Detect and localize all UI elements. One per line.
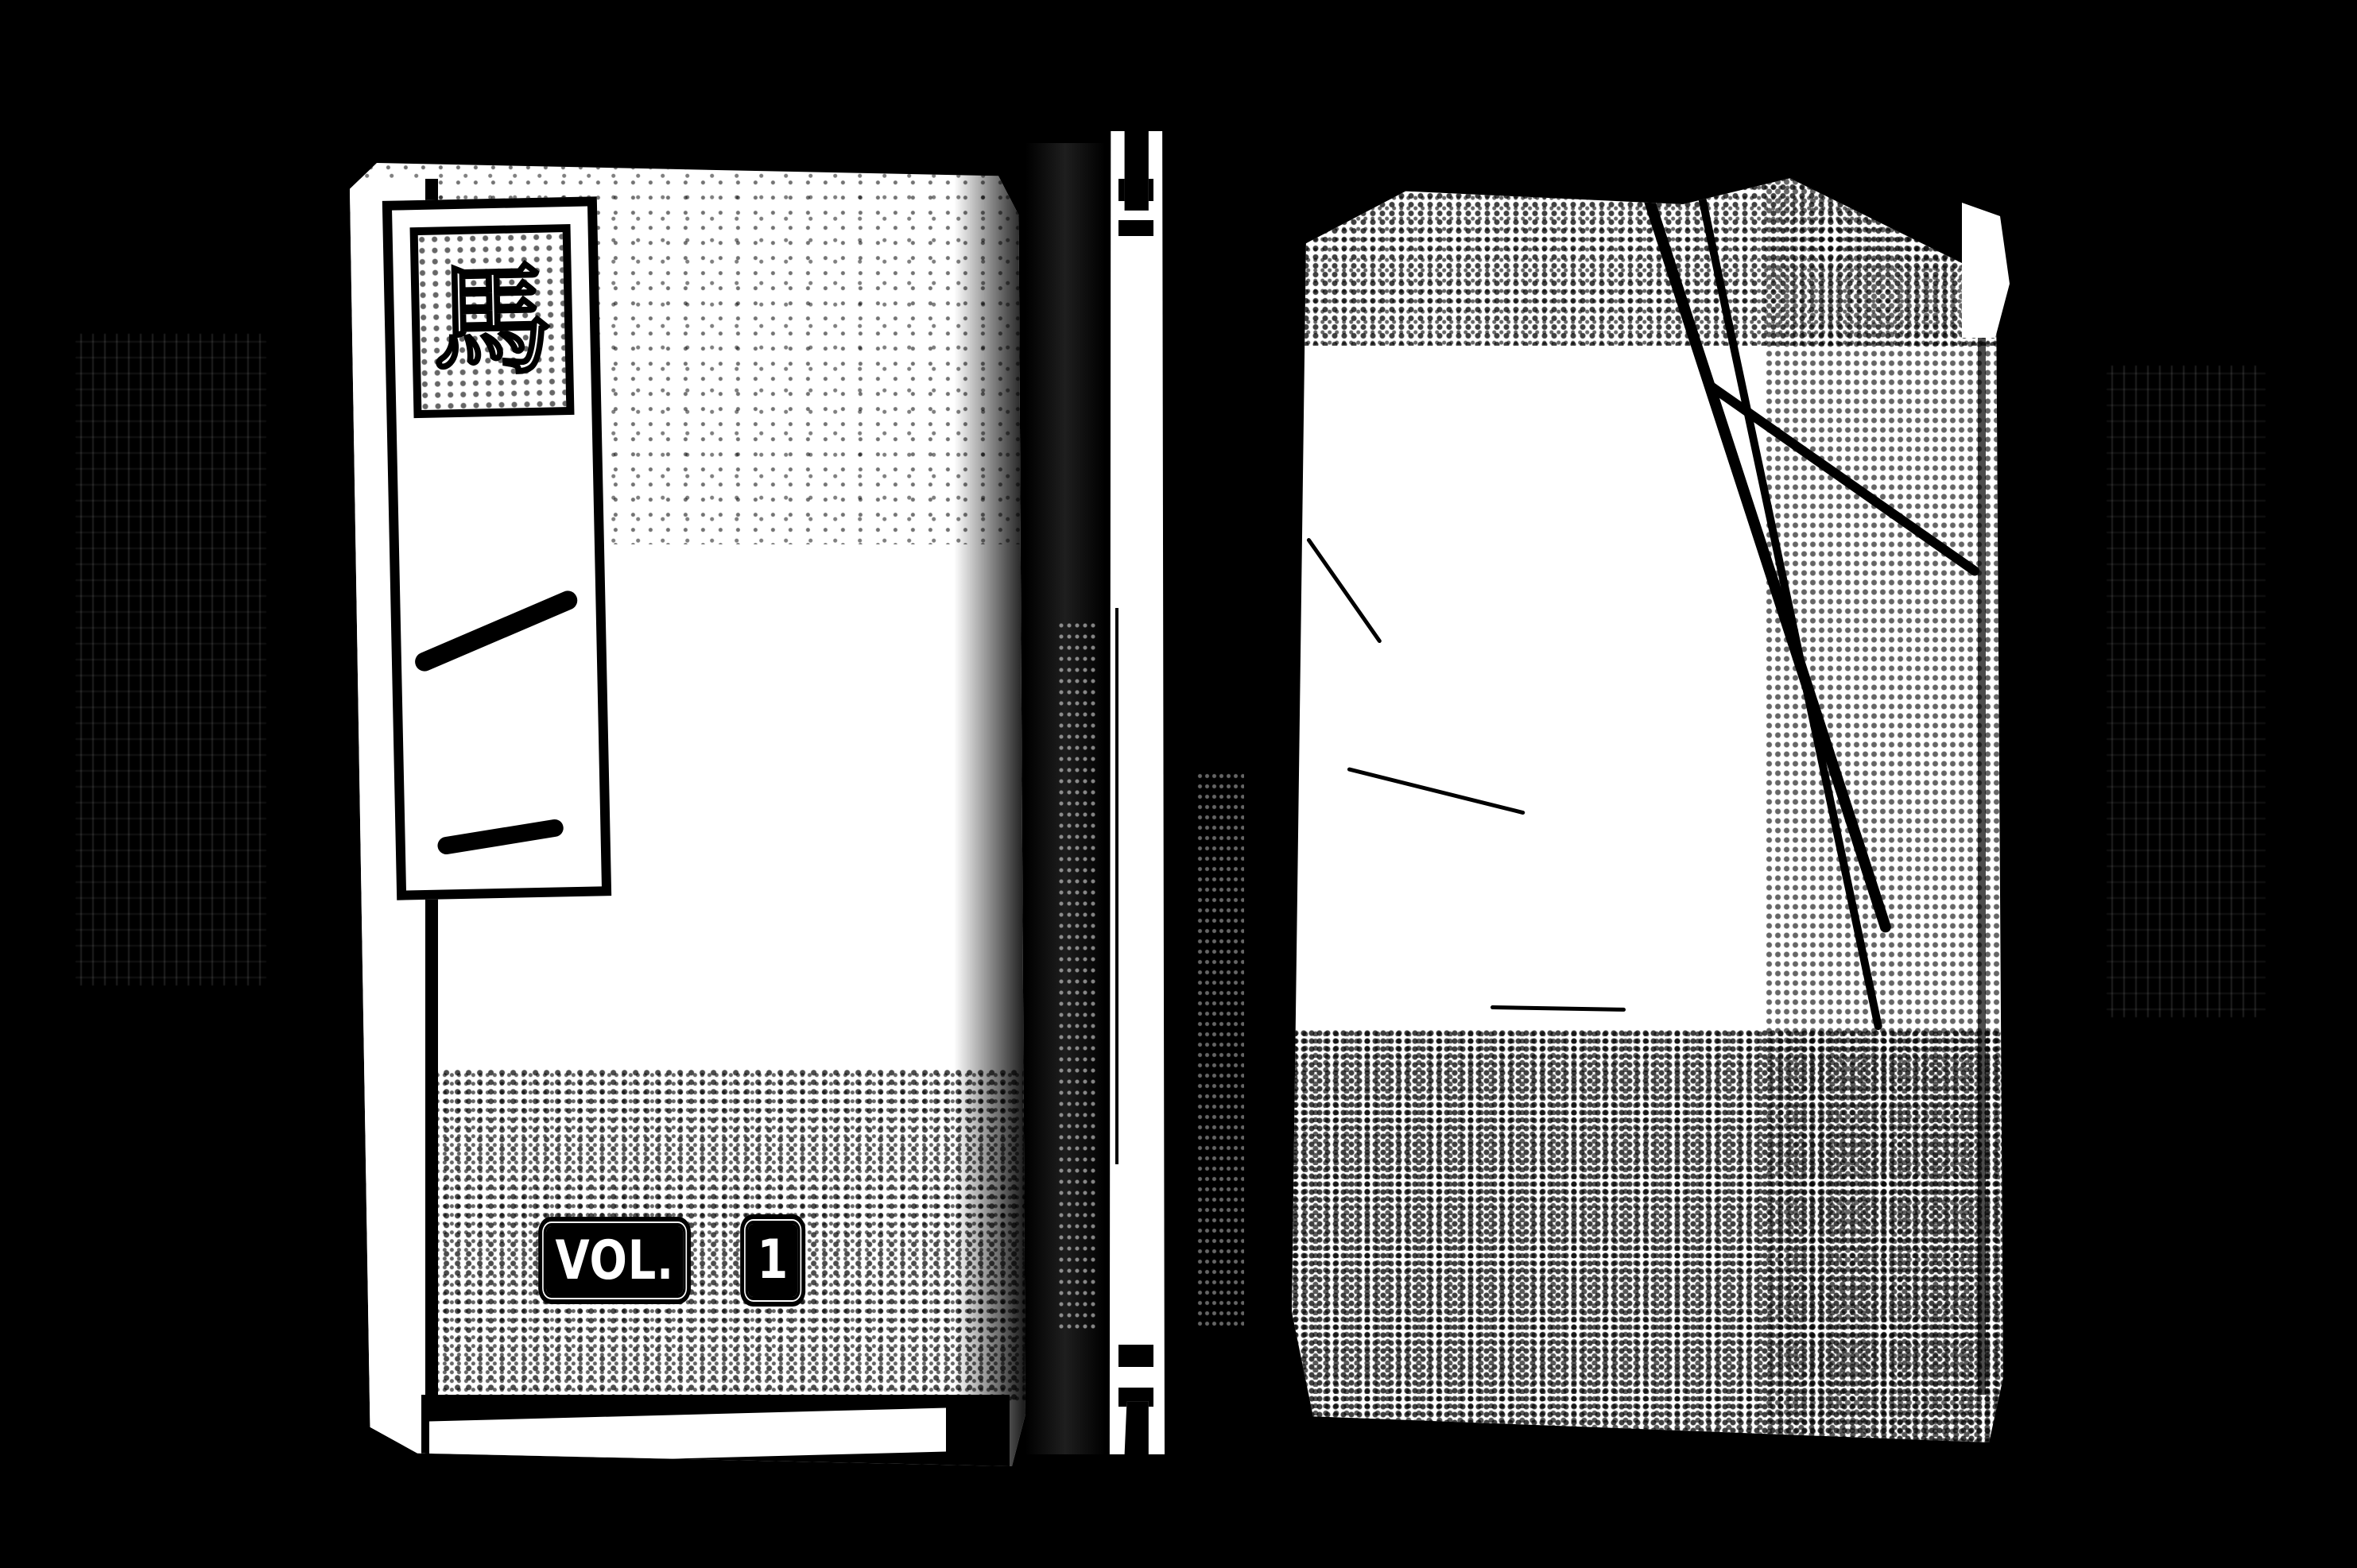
title-glyph: 馬: [431, 261, 552, 382]
title-slip-tear: [412, 588, 580, 675]
front-cover-torn-corner: [1962, 203, 2010, 338]
title-label-frame: 馬: [410, 224, 575, 418]
volume-label: VOL. 1: [546, 1224, 809, 1297]
volume-number: 1: [748, 1224, 798, 1297]
front-cover-crack: [1347, 767, 1525, 815]
front-cover-wear-bottom: [1292, 1029, 2003, 1442]
title-label-slip: 馬: [382, 196, 611, 900]
spine-band-top-secondary: [1118, 220, 1153, 236]
left-backdrop-texture: [76, 334, 266, 985]
front-cover-fold-line: [1978, 234, 1986, 1395]
back-cover-bottom-edge: [421, 1395, 1010, 1466]
front-cover-crack: [1306, 537, 1382, 644]
back-cover-shadow: [954, 163, 1025, 1466]
spine-band-top: [1118, 179, 1153, 201]
front-cover-crack: [1491, 1005, 1626, 1012]
volume-prefix: VOL.: [546, 1226, 684, 1295]
document-scan: 馬 VOL. 1: [0, 0, 2357, 1568]
back-cover: 馬 VOL. 1: [350, 163, 1025, 1466]
book-spine: [1107, 131, 1165, 1454]
right-backdrop-texture: [2107, 366, 2266, 1017]
spine-band-bottom: [1118, 1345, 1153, 1367]
front-cover: [1292, 139, 2003, 1442]
spine-shadow: [1025, 143, 1105, 1454]
spine-band-bottom-secondary: [1118, 1388, 1153, 1407]
spine-gutter: [1180, 135, 1292, 1454]
title-slip-stain: [436, 818, 564, 855]
spine-stitch-line: [1115, 608, 1118, 1164]
